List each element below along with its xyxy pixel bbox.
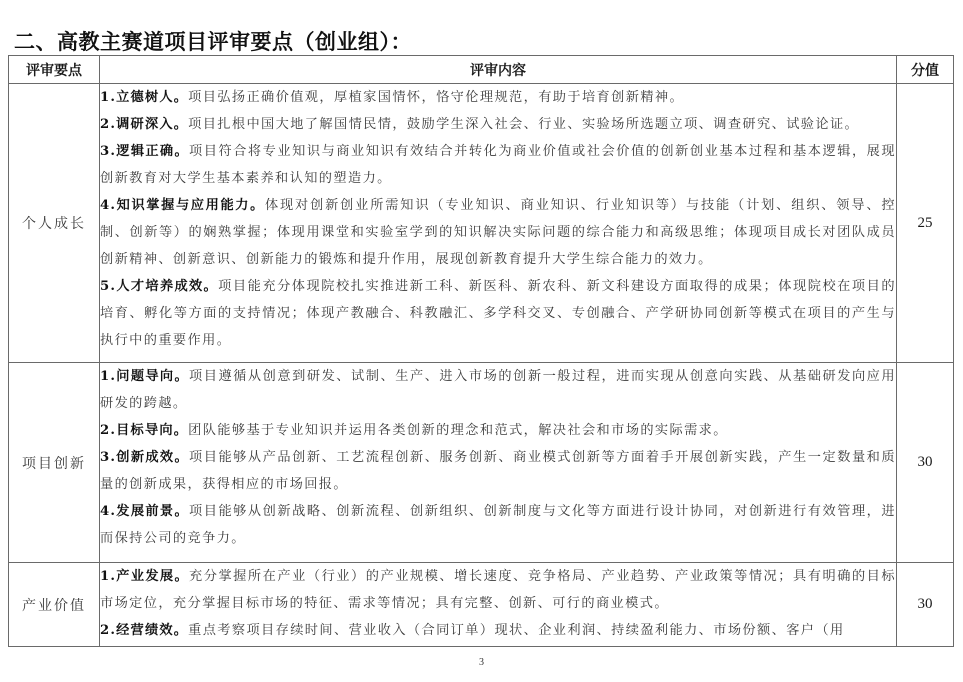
evaluation-criteria-table: 评审要点 评审内容 分值 个人成长 1.立德树人。项目弘扬正确价值观，厚植家国情… [8, 55, 954, 647]
item-text: 团队能够基于专业知识并运用各类创新的理念和范式，解决社会和市场的实际需求。 [188, 423, 728, 438]
content-item: 3.创新成效。项目能够从产品创新、工艺流程创新、服务创新、商业模式创新等方面着手… [100, 444, 896, 498]
table-row-industry-value: 产业价值 1.产业发展。充分掌握所在产业（行业）的产业规模、增长速度、竞争格局、… [9, 563, 954, 647]
criterion-cell: 个人成长 [9, 84, 100, 363]
section-title: 二、高教主赛道项目评审要点（创业组）： [14, 26, 412, 56]
content-item: 1.立德树人。项目弘扬正确价值观，厚植家国情怀，恪守伦理规范，有助于培育创新精神… [100, 84, 896, 111]
item-text: 项目能够从创新战略、创新流程、创新组织、创新制度与文化等方面进行设计协同，对创新… [100, 504, 896, 546]
item-lead: 1.立德树人。 [100, 90, 188, 105]
content-cell: 1.立德树人。项目弘扬正确价值观，厚植家国情怀，恪守伦理规范，有助于培育创新精神… [100, 84, 897, 363]
table-header-row: 评审要点 评审内容 分值 [9, 56, 954, 84]
table-row-personal-growth: 个人成长 1.立德树人。项目弘扬正确价值观，厚植家国情怀，恪守伦理规范，有助于培… [9, 84, 954, 363]
content-item: 4.发展前景。项目能够从创新战略、创新流程、创新组织、创新制度与文化等方面进行设… [100, 498, 896, 552]
table-row-project-innovation: 项目创新 1.问题导向。项目遵循从创意到研发、试制、生产、进入市场的创新一般过程… [9, 363, 954, 563]
item-text: 项目扎根中国大地了解国情民情，鼓励学生深入社会、行业、实验场所选题立项、调查研究… [188, 117, 859, 132]
item-lead: 4.发展前景。 [100, 504, 189, 519]
item-text: 项目能够从产品创新、工艺流程创新、服务创新、商业模式创新等方面着手开展创新实践，… [100, 450, 896, 492]
item-text: 项目能充分体现院校扎实推进新工科、新医科、新农科、新文科建设方面取得的成果；体现… [100, 279, 896, 348]
item-lead: 2.经营绩效。 [100, 623, 188, 638]
item-text: 充分掌握所在产业（行业）的产业规模、增长速度、竞争格局、产业趋势、产业政策等情况… [100, 569, 896, 611]
content-clip: 1.产业发展。充分掌握所在产业（行业）的产业规模、增长速度、竞争格局、产业趋势、… [100, 563, 896, 644]
item-lead: 2.调研深入。 [100, 117, 188, 132]
content-item: 5.人才培养成效。项目能充分体现院校扎实推进新工科、新医科、新农科、新文科建设方… [100, 273, 896, 354]
content-item: 2.目标导向。团队能够基于专业知识并运用各类创新的理念和范式，解决社会和市场的实… [100, 417, 896, 444]
score-cell: 30 [897, 563, 954, 647]
item-text: 项目符合将专业知识与商业知识有效结合并转化为商业价值或社会价值的创新创业基本过程… [100, 144, 896, 186]
header-score: 分值 [897, 56, 954, 84]
content-item: 2.调研深入。项目扎根中国大地了解国情民情，鼓励学生深入社会、行业、实验场所选题… [100, 111, 896, 138]
item-text: 重点考察项目存续时间、营业收入（合同订单）现状、企业利润、持续盈利能力、市场份额… [188, 623, 844, 638]
score-cell: 30 [897, 363, 954, 563]
item-text: 项目弘扬正确价值观，厚植家国情怀，恪守伦理规范，有助于培育创新精神。 [188, 90, 684, 105]
content-item: 4.知识掌握与应用能力。体现对创新创业所需知识（专业知识、商业知识、行业知识等）… [100, 192, 896, 273]
item-lead: 1.问题导向。 [100, 369, 189, 384]
item-lead: 3.创新成效。 [100, 450, 189, 465]
item-lead: 5.人才培养成效。 [100, 279, 218, 294]
item-lead: 3.逻辑正确。 [100, 144, 189, 159]
criterion-cell: 产业价值 [9, 563, 100, 647]
score-cell: 25 [897, 84, 954, 363]
item-lead: 2.目标导向。 [100, 423, 188, 438]
item-lead: 1.产业发展。 [100, 569, 189, 584]
content-item: 3.逻辑正确。项目符合将专业知识与商业知识有效结合并转化为商业价值或社会价值的创… [100, 138, 896, 192]
content-cell: 1.问题导向。项目遵循从创意到研发、试制、生产、进入市场的创新一般过程，进而实现… [100, 363, 897, 563]
content-item: 1.产业发展。充分掌握所在产业（行业）的产业规模、增长速度、竞争格局、产业趋势、… [100, 563, 896, 617]
page-number: 3 [0, 657, 963, 668]
content-item: 1.问题导向。项目遵循从创意到研发、试制、生产、进入市场的创新一般过程，进而实现… [100, 363, 896, 417]
criterion-cell: 项目创新 [9, 363, 100, 563]
item-lead: 4.知识掌握与应用能力。 [100, 198, 265, 213]
content-cell: 1.产业发展。充分掌握所在产业（行业）的产业规模、增长速度、竞争格局、产业趋势、… [100, 563, 897, 647]
item-text: 项目遵循从创意到研发、试制、生产、进入市场的创新一般过程，进而实现从创意向实践、… [100, 369, 896, 411]
content-item: 2.经营绩效。重点考察项目存续时间、营业收入（合同订单）现状、企业利润、持续盈利… [100, 617, 896, 644]
header-criterion: 评审要点 [9, 56, 100, 84]
header-content: 评审内容 [100, 56, 897, 84]
